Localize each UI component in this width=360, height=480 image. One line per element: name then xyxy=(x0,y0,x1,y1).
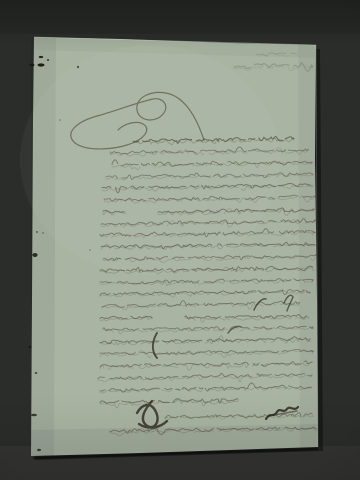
ink-spot xyxy=(77,66,79,68)
ink-spot xyxy=(31,414,37,416)
ink-spot xyxy=(37,449,41,451)
paper-highlight xyxy=(20,45,280,275)
ink-spot xyxy=(89,249,91,251)
ink-spot xyxy=(39,56,43,58)
ink-spot xyxy=(42,232,44,233)
manuscript-photo: Photograph of a single-page historical m… xyxy=(0,0,360,480)
ink-spot xyxy=(30,64,35,67)
surface-dark-band xyxy=(0,0,360,34)
ink-spot xyxy=(38,63,45,66)
ink-spot xyxy=(28,346,31,348)
ink-spot xyxy=(32,253,37,257)
ink-spot xyxy=(59,119,61,121)
ink-spot xyxy=(35,372,38,374)
ink-spot xyxy=(36,231,38,232)
ink-spot xyxy=(47,59,49,61)
photo-canvas xyxy=(0,0,360,480)
